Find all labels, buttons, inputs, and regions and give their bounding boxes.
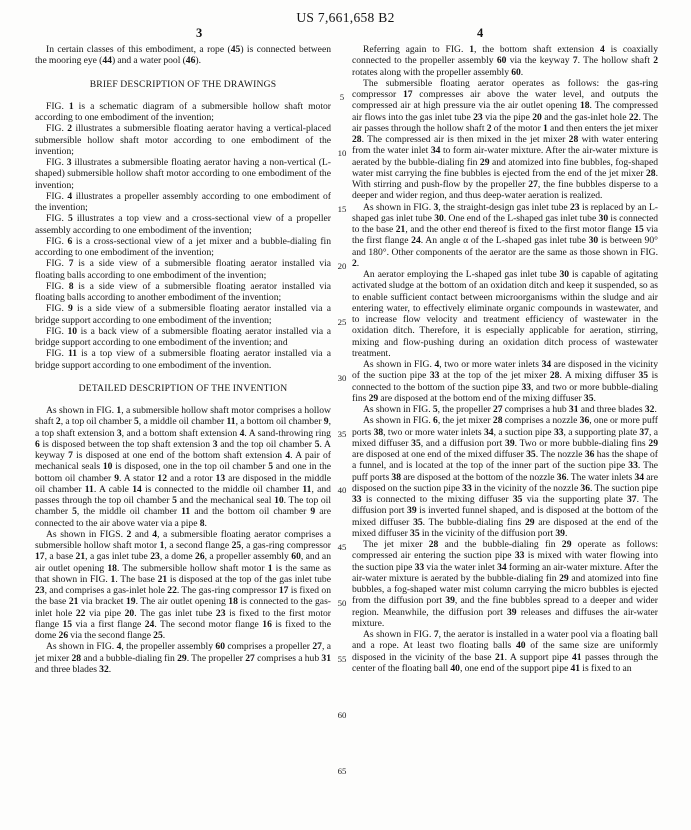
column-left-text: In certain classes of this embodiment, a… bbox=[35, 44, 331, 675]
paragraph: As shown in FIG. 7, the aerator is insta… bbox=[352, 629, 658, 674]
paragraph: FIG. 4 illustrates a propeller assembly … bbox=[35, 191, 331, 214]
line-number: 20 bbox=[332, 261, 352, 271]
paragraph: The jet mixer 28 and the bubble-dialing … bbox=[352, 539, 658, 629]
paragraph: FIG. 11 is a top view of a submersible f… bbox=[35, 348, 331, 371]
line-number: 45 bbox=[332, 542, 352, 552]
line-number: 15 bbox=[332, 204, 352, 214]
paragraph: As shown in FIG. 4, two or more water in… bbox=[352, 359, 658, 404]
column-number-left: 3 bbox=[196, 26, 202, 41]
paragraph: As shown in FIG. 3, the straight-design … bbox=[352, 202, 658, 270]
paragraph: As shown in FIG. 6, the jet mixer 28 com… bbox=[352, 415, 658, 539]
section-heading: DETAILED DESCRIPTION OF THE INVENTION bbox=[35, 383, 331, 394]
paragraph: FIG. 7 is a side view of a submersible f… bbox=[35, 258, 331, 281]
paragraph: FIG. 9 is a side view of a submersible f… bbox=[35, 303, 331, 326]
line-number: 30 bbox=[332, 373, 352, 383]
line-number: 25 bbox=[332, 317, 352, 327]
line-number: 10 bbox=[332, 148, 352, 158]
paragraph: FIG. 8 is a side view of a submersible f… bbox=[35, 281, 331, 304]
paragraph: FIG. 6 is a cross-sectional view of a je… bbox=[35, 236, 331, 259]
paragraph: As shown in FIGS. 2 and 4, a submersible… bbox=[35, 529, 331, 642]
paragraph: As shown in FIG. 1, a submersible hollow… bbox=[35, 405, 331, 529]
paragraph: The submersible floating aerator operate… bbox=[352, 78, 658, 202]
paragraph: As shown in FIG. 5, the propeller 27 com… bbox=[352, 404, 658, 415]
paragraph: FIG. 5 illustrates a top view and a cros… bbox=[35, 213, 331, 236]
paragraph: FIG. 2 illustrates a submersible floatin… bbox=[35, 123, 331, 157]
line-number: 40 bbox=[332, 485, 352, 495]
paragraph: Referring again to FIG. 1, the bottom sh… bbox=[352, 44, 658, 78]
line-number: 65 bbox=[332, 766, 352, 776]
line-number: 35 bbox=[332, 429, 352, 439]
paragraph: FIG. 10 is a back view of a submersible … bbox=[35, 326, 331, 349]
column-number-right: 4 bbox=[477, 26, 483, 41]
line-number: 5 bbox=[332, 92, 352, 102]
gutter-line-numbers: 5101520253035404550556065 bbox=[332, 0, 352, 830]
paragraph: FIG. 3 illustrates a submersible floatin… bbox=[35, 157, 331, 191]
paragraph: As shown in FIG. 4, the propeller assemb… bbox=[35, 641, 331, 675]
line-number: 60 bbox=[332, 710, 352, 720]
section-heading: BRIEF DESCRIPTION OF THE DRAWINGS bbox=[35, 79, 331, 90]
patent-page: US 7,661,658 B2 3 4 In certain classes o… bbox=[0, 0, 691, 830]
line-number: 55 bbox=[332, 654, 352, 664]
paragraph: In certain classes of this embodiment, a… bbox=[35, 44, 331, 67]
paragraph: An aerator employing the L-shaped gas in… bbox=[352, 269, 658, 359]
paragraph: FIG. 1 is a schematic diagram of a subme… bbox=[35, 101, 331, 124]
column-right-text: Referring again to FIG. 1, the bottom sh… bbox=[352, 44, 658, 674]
line-number: 50 bbox=[332, 598, 352, 608]
